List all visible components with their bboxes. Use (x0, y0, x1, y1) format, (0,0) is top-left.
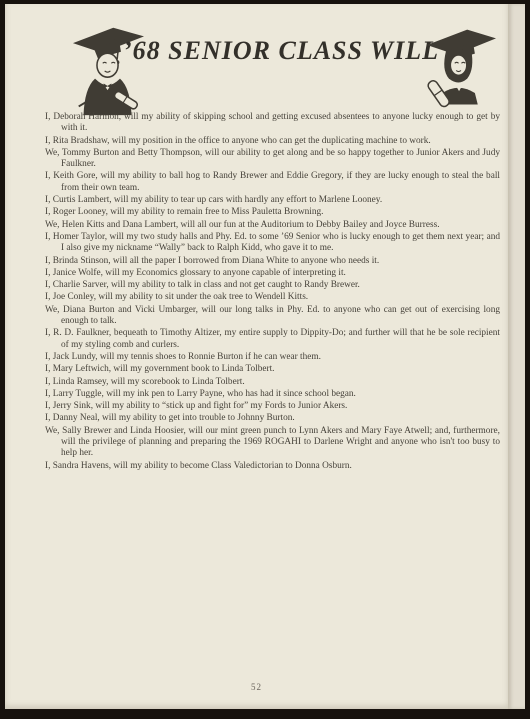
will-entry: I, Homer Taylor, will my two study halls… (45, 232, 500, 255)
will-entry: I, Charlie Sarver, will my ability to ta… (45, 280, 500, 291)
yearbook-page: ’68 SENIOR CLASS WILL (5, 4, 508, 709)
will-entry: I, Deborah Harmon, will my ability of sk… (45, 112, 500, 135)
will-entry: We, Helen Kitts and Dana Lambert, will a… (45, 220, 500, 231)
will-entry: I, R. D. Faulkner, bequeath to Timothy A… (45, 328, 500, 351)
will-entry: I, Danny Neal, will my ability to get in… (45, 413, 500, 424)
will-entry: We, Sally Brewer and Linda Hoosier, will… (45, 426, 500, 460)
will-entry: I, Curtis Lambert, will my ability to te… (45, 195, 500, 206)
will-entry: I, Brinda Stinson, will all the paper I … (45, 256, 500, 267)
photo-frame: ’68 SENIOR CLASS WILL (0, 0, 530, 719)
will-entry: I, Roger Looney, will my ability to rema… (45, 207, 500, 218)
will-entry: I, Keith Gore, will my ability to ball h… (45, 171, 500, 194)
book-page-edge (508, 4, 525, 709)
will-entry: I, Mary Leftwich, will my government boo… (45, 364, 500, 375)
will-entry: I, Jerry Sink, will my ability to “stick… (45, 401, 500, 412)
female-graduate-icon (418, 22, 502, 118)
will-entry: I, Janice Wolfe, will my Economics gloss… (45, 268, 500, 279)
will-entry: I, Linda Ramsey, will my scorebook to Li… (45, 377, 500, 388)
will-entry: I, Jack Lundy, will my tennis shoes to R… (45, 352, 500, 363)
page-number: 52 (5, 682, 508, 692)
page-title: ’68 SENIOR CLASS WILL (123, 36, 423, 66)
entries-list: I, Deborah Harmon, will my ability of sk… (45, 112, 500, 473)
will-entry: I, Sandra Havens, will my ability to bec… (45, 461, 500, 472)
will-entry: We, Tommy Burton and Betty Thompson, wil… (45, 148, 500, 171)
page-header: ’68 SENIOR CLASS WILL (5, 18, 508, 116)
will-entry: I, Rita Bradshaw, will my position in th… (45, 136, 500, 147)
will-entry: We, Diana Burton and Vicki Umbarger, wil… (45, 305, 500, 328)
will-entry: I, Joe Conley, will my ability to sit un… (45, 292, 500, 303)
will-entry: I, Larry Tuggle, will my ink pen to Larr… (45, 389, 500, 400)
